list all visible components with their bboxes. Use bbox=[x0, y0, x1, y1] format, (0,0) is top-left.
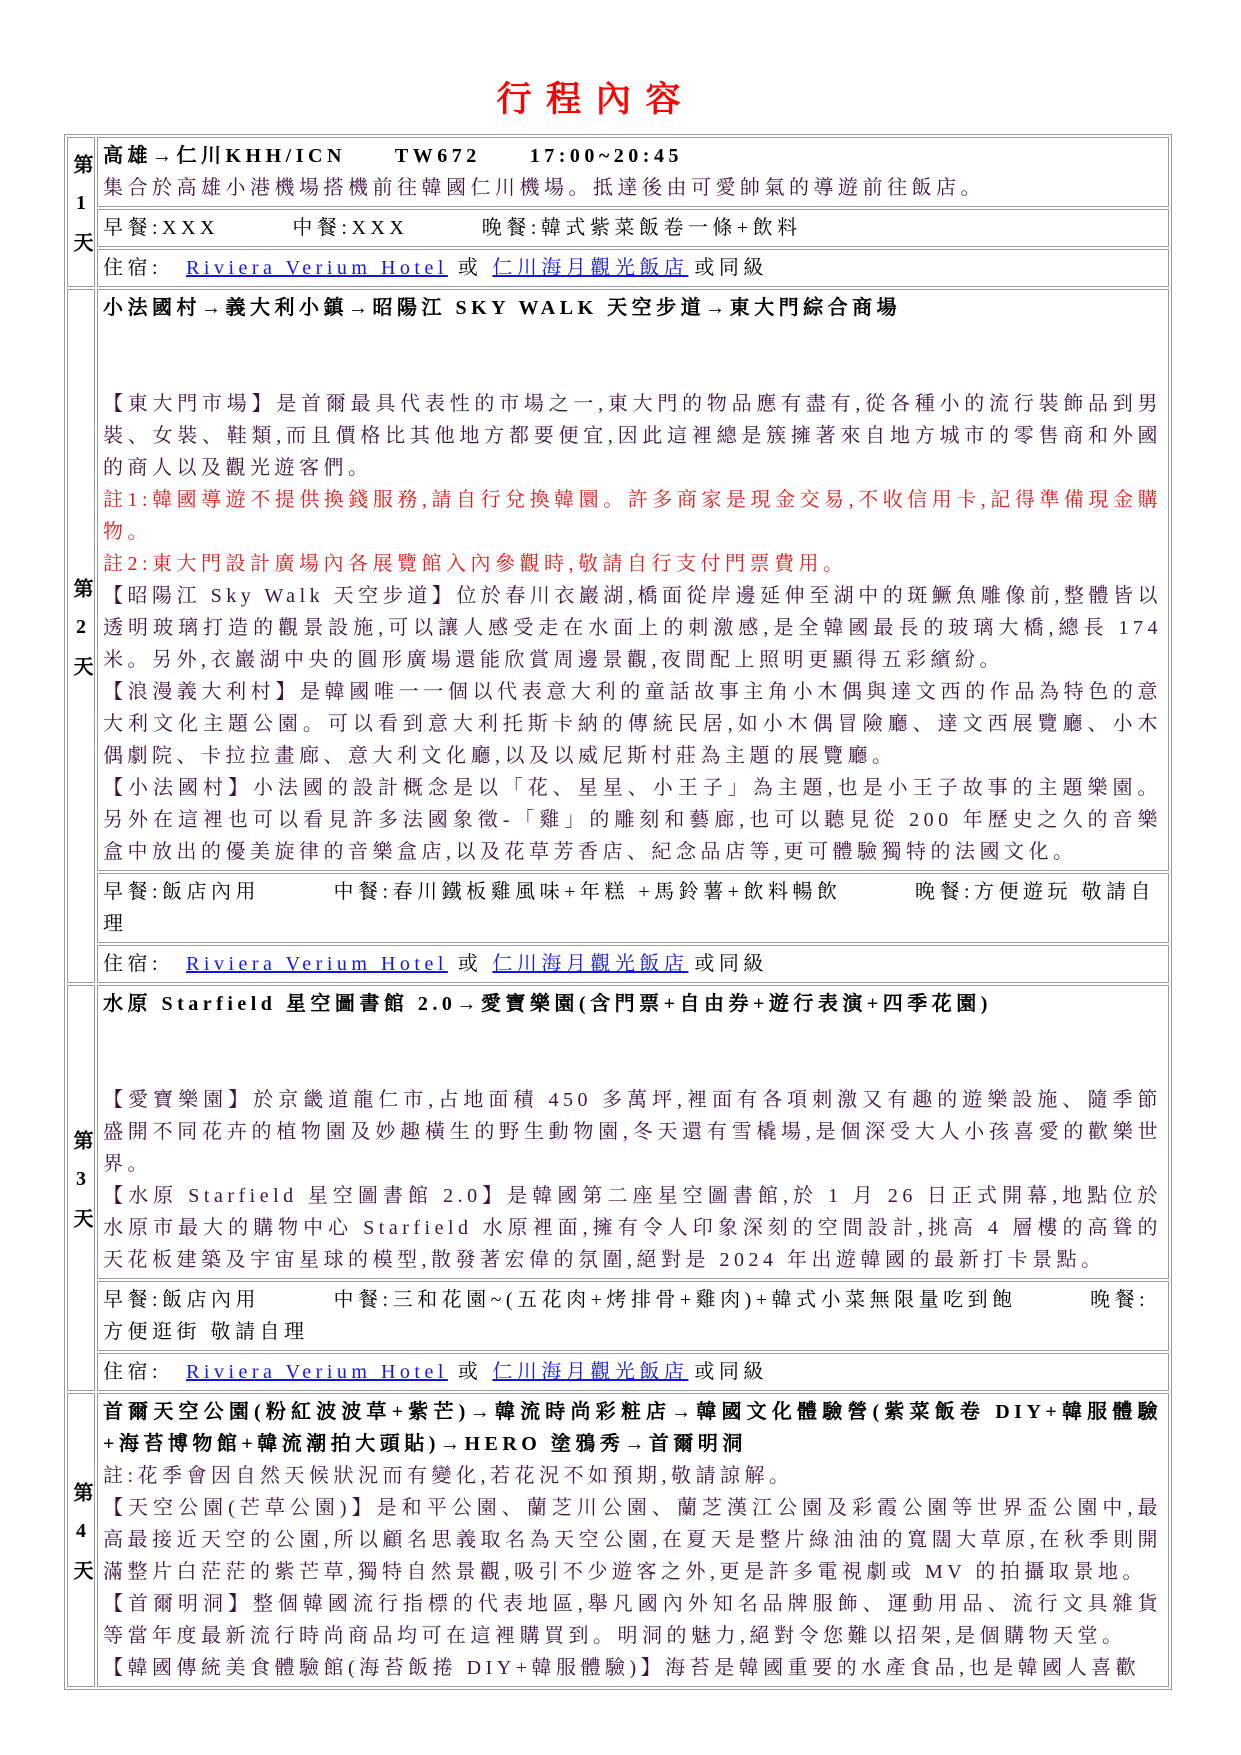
hotel-link-incheon-haewol[interactable]: 仁川海月觀光飯店 bbox=[492, 953, 688, 975]
day-2-main-row: 第2天 小法國村→義大利小鎮→昭陽江 SKY WALK 天空步道→東大門綜合商場… bbox=[67, 289, 1169, 871]
hotel-label: 住宿: bbox=[103, 953, 162, 975]
day-2-hotel-row: 住宿:Riviera Verium Hotel或仁川海月觀光飯店或同級 bbox=[67, 945, 1169, 983]
day-2-hotel-cell: 住宿:Riviera Verium Hotel或仁川海月觀光飯店或同級 bbox=[97, 945, 1169, 983]
blank-line bbox=[103, 1052, 1162, 1084]
itinerary-heading: 高雄→仁川KHH/ICN TW672 17:00~20:45 bbox=[103, 140, 1162, 172]
hotel-or-text: 或 bbox=[458, 257, 483, 279]
day-1-main-row: 第1天 高雄→仁川KHH/ICN TW672 17:00~20:45集合於高雄小… bbox=[67, 137, 1169, 207]
day-3-itinerary-cell: 水原 Starfield 星空圖書館 2.0→愛寶樂園(含門票+自由券+遊行表演… bbox=[97, 985, 1169, 1279]
day-3-meals-cell: 早餐:飯店內用 中餐:三和花園~(五花肉+烤排骨+雞肉)+韓式小菜無限量吃到飽 … bbox=[97, 1281, 1169, 1351]
hotel-link-riviera-verium[interactable]: Riviera Verium Hotel bbox=[186, 257, 448, 279]
day-1-hotel-row: 住宿:Riviera Verium Hotel或仁川海月觀光飯店或同級 bbox=[67, 249, 1169, 287]
day-1-meals-row: 早餐:XXX 中餐:XXX 晚餐:韓式紫菜飯卷一條+飲料 bbox=[67, 209, 1169, 247]
day-1-label: 第1天 bbox=[68, 154, 94, 270]
day-4-main-row: 第4天 首爾天空公園(粉紅波波草+紫芒)→韓流時尚彩粧店→韓國文化體驗營(紫菜飯… bbox=[67, 1393, 1169, 1687]
day-3-main-row: 第3天 水原 Starfield 星空圖書館 2.0→愛寶樂園(含門票+自由券+… bbox=[67, 985, 1169, 1279]
blank-line bbox=[103, 324, 1162, 356]
day-1-meals-cell: 早餐:XXX 中餐:XXX 晚餐:韓式紫菜飯卷一條+飲料 bbox=[97, 209, 1169, 247]
day-2-itinerary-cell: 小法國村→義大利小鎮→昭陽江 SKY WALK 天空步道→東大門綜合商場 【東大… bbox=[97, 289, 1169, 871]
itinerary-table: 第1天 高雄→仁川KHH/ICN TW672 17:00~20:45集合於高雄小… bbox=[64, 134, 1172, 1690]
blank-line bbox=[103, 356, 1162, 388]
hotel-link-riviera-verium[interactable]: Riviera Verium Hotel bbox=[186, 953, 448, 975]
day-4-itinerary-cell: 首爾天空公園(粉紅波波草+紫芒)→韓流時尚彩粧店→韓國文化體驗營(紫菜飯卷 DI… bbox=[97, 1393, 1169, 1687]
hotel-link-riviera-verium[interactable]: Riviera Verium Hotel bbox=[186, 1361, 448, 1383]
day-4-label: 第4天 bbox=[68, 1482, 94, 1598]
itinerary-paragraph: 【韓國傳統美食體驗館(海苔飯捲 DIY+韓服體驗)】海苔是韓國重要的水產食品,也… bbox=[103, 1652, 1162, 1684]
itinerary-heading: 首爾天空公園(粉紅波波草+紫芒)→韓流時尚彩粧店→韓國文化體驗營(紫菜飯卷 DI… bbox=[103, 1396, 1162, 1460]
hotel-suffix-text: 或同級 bbox=[694, 1361, 768, 1383]
hotel-label: 住宿: bbox=[103, 1361, 162, 1383]
day-3-hotel-cell: 住宿:Riviera Verium Hotel或仁川海月觀光飯店或同級 bbox=[97, 1353, 1169, 1391]
day-2-meals-row: 早餐:飯店內用 中餐:春川鐵板雞風味+年糕 +馬鈴薯+飲料暢飲 晚餐:方便遊玩 … bbox=[67, 873, 1169, 943]
day-4-label-cell: 第4天 bbox=[67, 1393, 95, 1687]
day-3-meals-row: 早餐:飯店內用 中餐:三和花園~(五花肉+烤排骨+雞肉)+韓式小菜無限量吃到飽 … bbox=[67, 1281, 1169, 1351]
itinerary-note: 註1:韓國導遊不提供換錢服務,請自行兌換韓圜。許多商家是現金交易,不收信用卡,記… bbox=[103, 484, 1162, 548]
day-3-label: 第3天 bbox=[68, 1130, 94, 1246]
itinerary-paragraph: 【水原 Starfield 星空圖書館 2.0】是韓國第二座星空圖書館,於 1 … bbox=[103, 1180, 1162, 1276]
itinerary-paragraph: 【東大門市場】是首爾最具代表性的市場之一,東大門的物品應有盡有,從各種小的流行裝… bbox=[103, 388, 1162, 484]
itinerary-note: 註2:東大門設計廣場內各展覽館入內參觀時,敬請自行支付門票費用。 bbox=[103, 548, 1162, 580]
itinerary-paragraph: 註:花季會因自然天候狀況而有變化,若花況不如預期,敬請諒解。 bbox=[103, 1460, 1162, 1492]
hotel-or-text: 或 bbox=[458, 953, 483, 975]
itinerary-paragraph: 【愛寶樂園】於京畿道龍仁市,占地面積 450 多萬坪,裡面有各項刺激又有趣的遊樂… bbox=[103, 1084, 1162, 1180]
day-2-label-cell: 第2天 bbox=[67, 289, 95, 983]
itinerary-document: 第1天 高雄→仁川KHH/ICN TW672 17:00~20:45集合於高雄小… bbox=[64, 134, 1172, 1690]
itinerary-paragraph: 【首爾明洞】整個韓國流行指標的代表地區,舉凡國內外知名品牌服飾、運動用品、流行文… bbox=[103, 1588, 1162, 1652]
itinerary-heading: 水原 Starfield 星空圖書館 2.0→愛寶樂園(含門票+自由券+遊行表演… bbox=[103, 988, 1162, 1020]
itinerary-paragraph: 集合於高雄小港機場搭機前往韓國仁川機場。抵達後由可愛帥氣的導遊前往飯店。 bbox=[103, 172, 1162, 204]
day-1-hotel-cell: 住宿:Riviera Verium Hotel或仁川海月觀光飯店或同級 bbox=[97, 249, 1169, 287]
day-3-label-cell: 第3天 bbox=[67, 985, 95, 1391]
hotel-suffix-text: 或同級 bbox=[694, 257, 768, 279]
day-1-itinerary-cell: 高雄→仁川KHH/ICN TW672 17:00~20:45集合於高雄小港機場搭… bbox=[97, 137, 1169, 207]
hotel-suffix-text: 或同級 bbox=[694, 953, 768, 975]
page-title: 行程內容 bbox=[0, 72, 1177, 122]
day-2-meals-cell: 早餐:飯店內用 中餐:春川鐵板雞風味+年糕 +馬鈴薯+飲料暢飲 晚餐:方便遊玩 … bbox=[97, 873, 1169, 943]
hotel-link-incheon-haewol[interactable]: 仁川海月觀光飯店 bbox=[492, 1361, 688, 1383]
blank-line bbox=[103, 1020, 1162, 1052]
itinerary-paragraph: 【浪漫義大利村】是韓國唯一一個以代表意大利的童話故事主角小木偶與達文西的作品為特… bbox=[103, 676, 1162, 772]
day-2-label: 第2天 bbox=[68, 578, 94, 694]
day-1-label-cell: 第1天 bbox=[67, 137, 95, 287]
hotel-or-text: 或 bbox=[458, 1361, 483, 1383]
hotel-link-incheon-haewol[interactable]: 仁川海月觀光飯店 bbox=[492, 257, 688, 279]
itinerary-paragraph: 【天空公園(芒草公園)】是和平公園、蘭芝川公園、蘭芝漢江公園及彩霞公園等世界盃公… bbox=[103, 1492, 1162, 1588]
itinerary-paragraph: 【小法國村】小法國的設計概念是以「花、星星、小王子」為主題,也是小王子故事的主題… bbox=[103, 772, 1162, 868]
hotel-label: 住宿: bbox=[103, 257, 162, 279]
itinerary-paragraph: 【昭陽江 Sky Walk 天空步道】位於春川衣巖湖,橋面從岸邊延伸至湖中的斑鱖… bbox=[103, 580, 1162, 676]
day-3-hotel-row: 住宿:Riviera Verium Hotel或仁川海月觀光飯店或同級 bbox=[67, 1353, 1169, 1391]
itinerary-heading: 小法國村→義大利小鎮→昭陽江 SKY WALK 天空步道→東大門綜合商場 bbox=[103, 292, 1162, 324]
